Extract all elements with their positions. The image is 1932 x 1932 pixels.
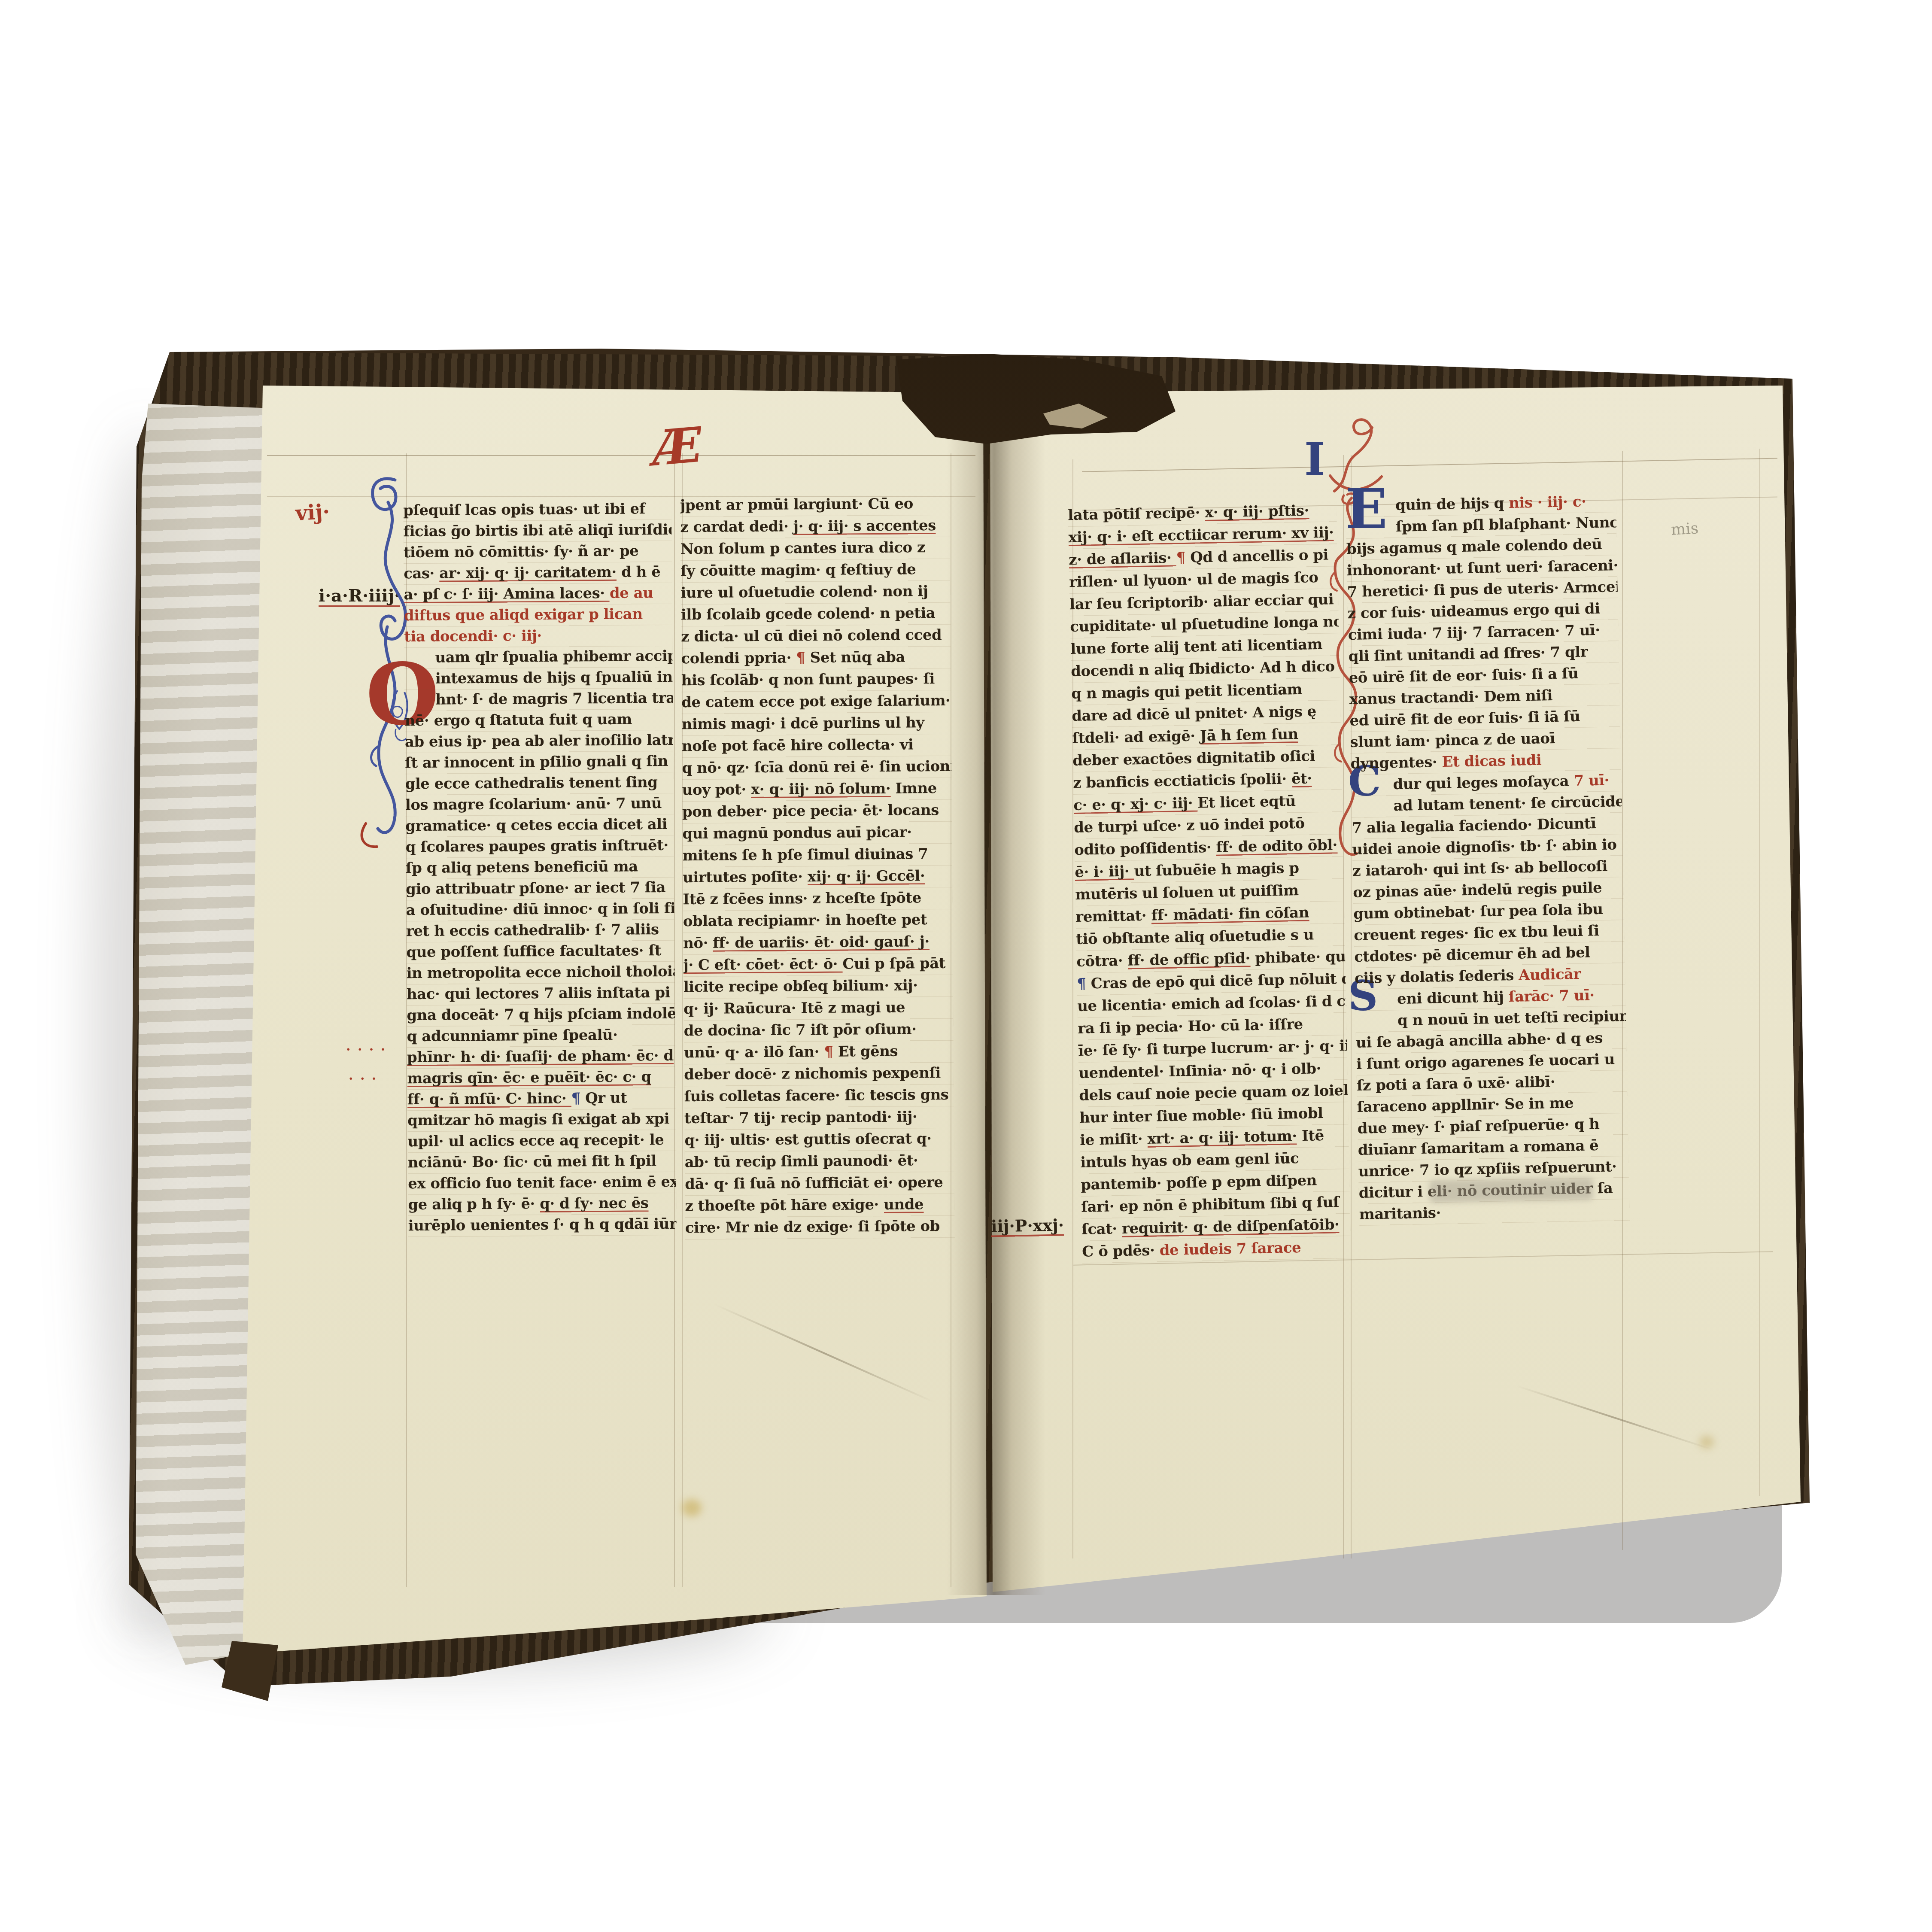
- manuscript-text-line: teſtar· 7 tij· recip pantodi· iij·: [684, 1106, 954, 1130]
- manuscript-text-line: nō· ff· de uariis· ēt· oid· gauſ· j·: [683, 931, 953, 954]
- margin-red-dots: · · ·: [349, 1072, 377, 1087]
- left-page-column-2: jpent ar pmūi largiunt· Cū eoz cardat de…: [680, 493, 955, 1250]
- manuscript-text-line: ge aliq p h ſy· ē· q· d ſy· nec ēs: [408, 1193, 676, 1215]
- manuscript-text-line: qmitzar hō magis ſi exigat ab xpi: [407, 1109, 676, 1131]
- right-header-letter: I: [1304, 433, 1325, 486]
- gutter-fold-shadow: [947, 389, 1045, 1595]
- manuscript-text-line: z dicta· ul cū diei nō colend cced: [681, 624, 951, 648]
- stain: [682, 1499, 702, 1516]
- manuscript-text-line: a oſuitudine· diū innoc· q in ſoli fie: [406, 898, 674, 921]
- manuscript-text-line: oblata recipiamr· in hoeſte pet: [683, 909, 953, 933]
- manuscript-text-line: gramatice· q cetes eccia dicet ali: [405, 814, 674, 837]
- manuscript-text-line: ſy cōuitte magim· q feſtiuy de: [680, 559, 950, 582]
- manuscript-text-line: pon deber· pice pecia· ēt· locans: [682, 799, 952, 823]
- manuscript-text-line: tiōem nō cōmittis· ſy· ñ ar· pe: [404, 541, 672, 563]
- manuscript-text-line: z cardat dedi· j· q· iij· s accentes: [680, 515, 950, 538]
- manuscript-text-line: ex officio ſuo tenit face· enim ē exi: [408, 1172, 676, 1194]
- manuscript-text-line: nciānū· Bo· ſic· cū mei fit h ſpil: [408, 1151, 676, 1173]
- manuscript-text-line: cas· ar· xij· q· ij· caritatem· d h ē: [404, 562, 672, 584]
- manuscript-text-line: his ſcolāb· q non ſunt paupes· ſi: [681, 668, 951, 692]
- manuscript-text-line: ff· q· ñ mſū· C· hinc· ¶ Qr ut: [407, 1088, 676, 1110]
- manuscript-text-line: que poſſent ſuffice facultates· ſt: [406, 940, 674, 963]
- manuscript-text-line: de catem ecce pot exige ſalarium·: [681, 690, 951, 714]
- manuscript-text-line: de docina· ſic 7 iſt pōr oſium·: [683, 1018, 953, 1042]
- manuscript-text-line: z thoeſte pōt hāre exige· unde: [685, 1194, 954, 1217]
- manuscript-text-line: qui magnū pondus auī picar·: [682, 821, 952, 845]
- erased-text-smear: [1430, 1178, 1593, 1203]
- manuscript-text-line: pſequiſ lcas opis tuas· ut ibi ef: [403, 498, 671, 521]
- right-page-column-2: quin de hijs q nis · iij· c·ſpm ſan pſl …: [1346, 490, 1630, 1234]
- manuscript-text-line: hnt· ſ· de magris 7 licentia tractan: [404, 688, 673, 711]
- right-page-column-1: lata pōtiſ recipē· x· q· iij· pſtis·xij·…: [1068, 499, 1351, 1273]
- manuscript-text-line: gle ecce cathedralis tenent ſing: [405, 772, 673, 795]
- quire-signature-note: vij·: [295, 500, 331, 526]
- manuscript-text-line: ab· tū recip ſimli paunodi· ēt·: [685, 1150, 954, 1173]
- manuscript-text-line: upil· ul aclics ecce aq recepit· le: [407, 1130, 676, 1152]
- manuscript-text-line: uoy pot· x· q· iij· nō ſolum· Imne: [682, 778, 951, 801]
- faint-pencil-note: mis: [1671, 519, 1699, 538]
- manuscript-text-line: q nō· qz· ſcīa donū rei ē· ſin ucioni: [682, 756, 951, 779]
- manuscript-text-line: hac· qui lectores 7 aliis inſtata pi: [407, 982, 675, 1005]
- manuscript-text-line: los magre ſcolarium· anū· 7 unū: [405, 793, 674, 816]
- manuscript-text-line: q· ij· Raūcura· Itē z magi ue: [683, 996, 953, 1020]
- manuscript-text-line: ſuis colletas facere· ſic tescis gns: [684, 1084, 954, 1108]
- manuscript-text-line: iurēplo uenientes ſ· q h q qdāī iūr: [408, 1214, 677, 1236]
- manuscript-text-line: tia docendi· c· iij·: [404, 625, 672, 647]
- manuscript-text-line: uam qlr ſpualia phibemr accipi ł: [404, 646, 672, 668]
- bottom-margin-reference-note: iij·P·xxj·: [991, 1215, 1064, 1237]
- manuscript-text-line: ficias ḡo birtis ibi atē aliqī iuriſdic: [403, 519, 671, 542]
- manuscript-text-line: maritanis·: [1359, 1199, 1630, 1225]
- manuscript-text-line: mitens ſe h pſe ſimul diuinas 7: [683, 843, 952, 867]
- manuscript-text-line: colendi ppria· ¶ Set nūq aba: [681, 646, 951, 670]
- ruling-line: [1759, 449, 1760, 1496]
- manuscript-text-line: cire· Mr nie dz exige· ſi ſpōte ob: [685, 1215, 955, 1239]
- ruling-line: [267, 455, 975, 456]
- manuscript-text-line: q· iij· ultis· est guttis oſecrat q·: [684, 1128, 954, 1151]
- manuscript-text-line: Itē z fcēes inns· z hceſte ſpōte: [683, 887, 952, 911]
- manuscript-text-line: licite recipe obſeq bilium· xij·: [683, 975, 953, 998]
- manuscript-text-line: iure ul oſuetudie colend· non ij: [680, 580, 950, 604]
- left-page-column-1: pſequiſ lcas opis tuas· ut ibi efficias …: [403, 498, 677, 1243]
- margin-red-dots: · · · ·: [346, 1042, 386, 1057]
- manuscript-text-line: deber docē· z nichomis pexpenſi: [684, 1062, 954, 1086]
- left-header-letter: Æ: [650, 416, 705, 477]
- manuscript-text-line: unū· q· a· ilō ſan· ¶ Et gēns: [684, 1040, 954, 1064]
- manuscript-text-line: q ſcolares paupes gratis inſtruēt·: [405, 835, 674, 858]
- manuscript-text-line: ret h eccis cathedralib· ſ· 7 aliis: [406, 919, 674, 942]
- manuscript-text-line: j· C eſt· cōet· ēct· ō· Cui p ſpā pāt: [683, 953, 953, 976]
- manuscript-text-line: in metropolita ecce nichoil tholoia: [406, 961, 674, 984]
- manuscript-text-line: nē· ergo q ſtatuta fuit q uam: [404, 709, 673, 732]
- manuscript-text-line: gio attribuatr pſone· ar iect 7 ſia: [406, 877, 674, 900]
- manuscript-text-line: gna doceāt· 7 q hijs pſciam indolēt·: [407, 1003, 675, 1026]
- manuscript-text-line: ab eius ip· pea ab aler inoſilio latr: [405, 730, 673, 753]
- manuscript-text-line: noſe pot facē hire collecta· vi: [682, 734, 951, 757]
- manuscript-text-line: C ō pdēs· de iudeis 7 ſarace: [1082, 1236, 1351, 1263]
- manuscript-text-line: nimis magi· i dcē purlins ul hy: [681, 712, 951, 735]
- manuscript-text-line: q adcunniamr pīne ſpealū·: [407, 1024, 675, 1047]
- manuscript-text-line: ſt ar innocent in pſilio gnali q ſin: [405, 751, 673, 774]
- manuscript-text-line: Non ſolum p cantes iura dico z: [680, 537, 950, 560]
- manuscript-text-line: magris qīn· ēc· e puēīt· ēc· c· q: [407, 1066, 675, 1089]
- manuscript-text-line: intexamus de hijs q ſpualiū inſtar: [404, 667, 673, 690]
- manuscript-text-line: jpent ar pmūi largiunt· Cū eo: [680, 493, 950, 516]
- manuscript-text-line: dā· q· ſi ſuā nō ſufficiāt ei· opere: [685, 1172, 954, 1195]
- manuscript-text-line: uirtutes poſite· xij· q· ij· Gccēl·: [683, 865, 952, 889]
- manuscript-text-line: ſp q aliq petens beneficiū ma: [406, 856, 674, 879]
- manuscript-photo: Æ I vij· i·a·R·iiij· · · · · · · · iij·P…: [0, 0, 1932, 1932]
- manuscript-text-line: ilb ſcolaib gcede colend· n petia: [681, 602, 951, 626]
- manuscript-text-line: phīnr· h· di· ſuaſij· de pham· ēc· d: [407, 1045, 675, 1068]
- manuscript-text-line: a· pſ c· ſ· iij· Amina laces· de au: [404, 583, 672, 605]
- manuscript-text-line: diftus que aliqd exigar p lican: [404, 604, 672, 626]
